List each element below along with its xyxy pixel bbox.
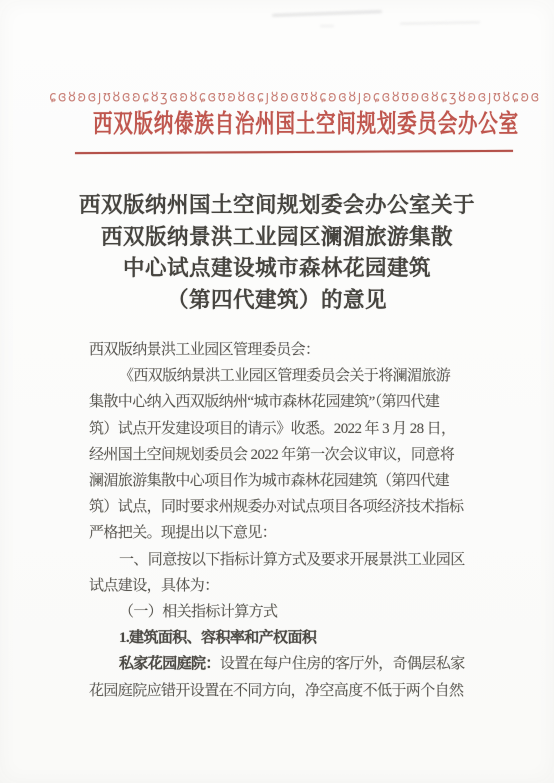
body-line: 筑）试点，同时要求州规委办对试点项目各项经济技术指标: [89, 494, 471, 520]
title-line: （第四代建筑）的意见: [60, 285, 494, 317]
body-line: 澜湄旅游集散中心项目作为城市森林花园建筑（第四代建: [89, 468, 471, 494]
dai-script-line: ɕɞȣʚɞȷʊȣɞʚɕȣʒɞʚȣɕɞʊʚȣɞɕȷȣʚɞʊȣɕʚɞȣȷʚɕɞȣʊʚ…: [36, 87, 554, 110]
document-body: 西双版纳景洪工业园区管理委员会：《西双版纳景洪工业园区管理委员会关于将澜湄旅游集…: [89, 337, 471, 704]
body-line: 《西双版纳景洪工业园区管理委员会关于将澜湄旅游: [89, 363, 471, 389]
title-line: 西双版纳州国土空间规划委会办公室关于: [60, 190, 494, 222]
scanned-document-page: ɕɞȣʚɞȷʊȣɞʚɕȣʒɞʚȣɕɞʊʚȣɞɕȷȣʚɞʊȣɕʚɞȣȷʚɕɞȣʊʚ…: [0, 0, 554, 783]
body-text: 西双版纳景洪工业园区管理委员会：: [89, 342, 319, 358]
body-text: 一、同意按以下指标计算方式及要求开展景洪工业园区: [119, 552, 465, 568]
body-line: 经州国土空间规划委员会 2022 年第一次会议审议，同意将: [89, 442, 471, 468]
body-line: 集散中心纳入西双版纳州“城市森林花园建筑”（第四代建: [89, 389, 471, 415]
body-text: 集散中心纳入西双版纳州“城市森林花园建筑”（第四代建: [89, 394, 439, 410]
body-text: 《西双版纳景洪工业园区管理委员会关于将澜湄旅游: [119, 368, 450, 384]
body-line: 1.建筑面积、容积率和产权面积: [89, 625, 471, 651]
body-text: 花园庭院应错开设置在不同方向，净空高度不低于两个自然: [89, 683, 463, 699]
body-line: 花园庭院应错开设置在不同方向，净空高度不低于两个自然: [89, 678, 471, 704]
title-line: 西双版纳景洪工业园区澜湄旅游集散: [60, 222, 494, 254]
title-line: 中心试点建设城市森林花园建筑: [60, 253, 494, 285]
body-line: 西双版纳景洪工业园区管理委员会：: [89, 337, 471, 363]
body-text: 筑）试点开发建设项目的请示》收悉。2022 年 3 月 28 日，: [89, 421, 455, 437]
agency-name: 西双版纳傣族自治州国土空间规划委员会办公室: [93, 108, 497, 142]
letterhead: ɕɞȣʚɞȷʊȣɞʚɕȣʒɞʚȣɕɞʊʚȣɞɕȷȣʚɞʊȣɕʚɞȣȷʚɕɞȣʊʚ…: [0, 0, 554, 142]
body-line: 私家花园庭院：设置在每户住房的客厅外，奇偶层私家: [89, 651, 471, 677]
red-divider: [75, 150, 513, 154]
body-line: 严格把关。现提出以下意见：: [89, 520, 471, 546]
body-text: 筑）试点，同时要求州规委办对试点项目各项经济技术指标: [89, 499, 463, 515]
body-text: 经州国土空间规划委员会 2022 年第一次会议审议，同意将: [89, 447, 454, 463]
body-line: 一、同意按以下指标计算方式及要求开展景洪工业园区: [89, 547, 471, 573]
body-line: （一）相关指标计算方式: [89, 599, 471, 625]
body-text: 试点建设，具体为：: [89, 578, 219, 594]
body-text: 设置在每户住房的客厅外，奇偶层私家: [220, 656, 465, 672]
body-text: 澜湄旅游集散中心项目作为城市森林花园建筑（第四代建: [89, 473, 449, 489]
body-text: 严格把关。现提出以下意见：: [89, 525, 276, 541]
body-line: 筑）试点开发建设项目的请示》收悉。2022 年 3 月 28 日，: [89, 416, 471, 442]
document-title: 西双版纳州国土空间规划委会办公室关于西双版纳景洪工业园区澜湄旅游集散中心试点建设…: [60, 190, 494, 316]
body-line: 试点建设，具体为：: [89, 573, 471, 599]
body-text-bold: 私家花园庭院：: [119, 656, 220, 672]
body-text: （一）相关指标计算方式: [119, 604, 277, 620]
body-text-bold: 1.建筑面积、容积率和产权面积: [119, 630, 316, 646]
